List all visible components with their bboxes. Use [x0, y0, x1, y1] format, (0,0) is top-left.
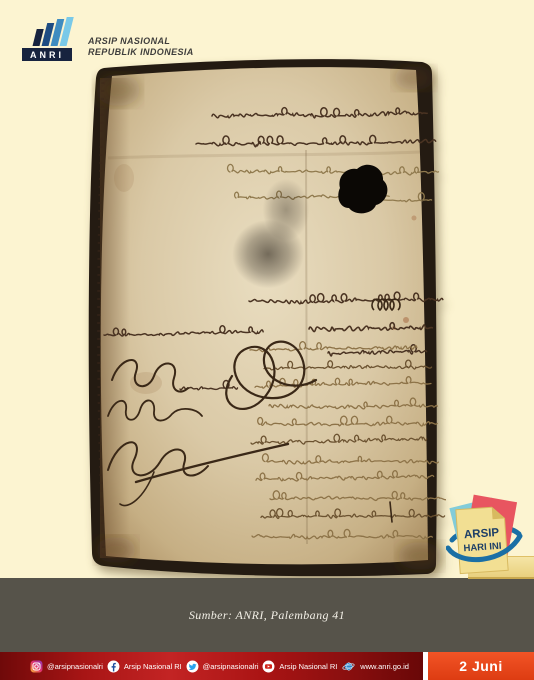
- date-label: 2 Juni: [459, 658, 502, 674]
- facebook-icon: [107, 660, 120, 673]
- caption-band: Sumber: ANRI, Palembang 41: [0, 578, 534, 652]
- badge-line1: ARSIP: [464, 527, 500, 541]
- youtube-handle: Arsip Nasional RI: [279, 662, 337, 671]
- twitter-handle: @arsipnasionalri: [203, 662, 259, 671]
- social-item-instagram: @arsipnasionalri: [30, 660, 103, 673]
- facebook-handle: Arsip Nasional RI: [124, 662, 182, 671]
- social-strip: @arsipnasionalri Arsip Nasional RI @arsi…: [0, 652, 423, 680]
- instagram-icon: [30, 660, 43, 673]
- globe-icon: [341, 660, 356, 673]
- website-url: www.anri.go.id: [360, 662, 409, 671]
- arsip-hari-ini-badge: ARSIP HARI INI: [446, 488, 524, 584]
- badge-yellow-sheet: ARSIP HARI INI: [456, 506, 508, 573]
- instagram-handle: @arsipnasionalri: [47, 662, 103, 671]
- social-item-facebook: Arsip Nasional RI: [107, 660, 182, 673]
- header: ANRI ARSIP NASIONAL REPUBLIK INDONESIA: [22, 16, 194, 62]
- youtube-icon: [262, 660, 275, 673]
- anri-logo-icon: ANRI: [22, 16, 78, 62]
- source-caption: Sumber: ANRI, Palembang 41: [189, 608, 345, 623]
- manuscript-image: [84, 58, 446, 582]
- footer-bar: @arsipnasionalri Arsip Nasional RI @arsi…: [0, 652, 534, 680]
- date-box: 2 Juni: [428, 652, 534, 680]
- social-item-twitter: @arsipnasionalri: [186, 660, 259, 673]
- anri-social-post: ANRI ARSIP NASIONAL REPUBLIK INDONESIA: [0, 0, 534, 680]
- social-item-youtube: Arsip Nasional RI: [262, 660, 337, 673]
- org-name-line1: ARSIP NASIONAL: [88, 36, 194, 48]
- social-item-website: www.anri.go.id: [341, 660, 409, 673]
- twitter-icon: [186, 660, 199, 673]
- org-name: ARSIP NASIONAL REPUBLIK INDONESIA: [88, 36, 194, 59]
- anri-logo-text: ANRI: [30, 50, 64, 60]
